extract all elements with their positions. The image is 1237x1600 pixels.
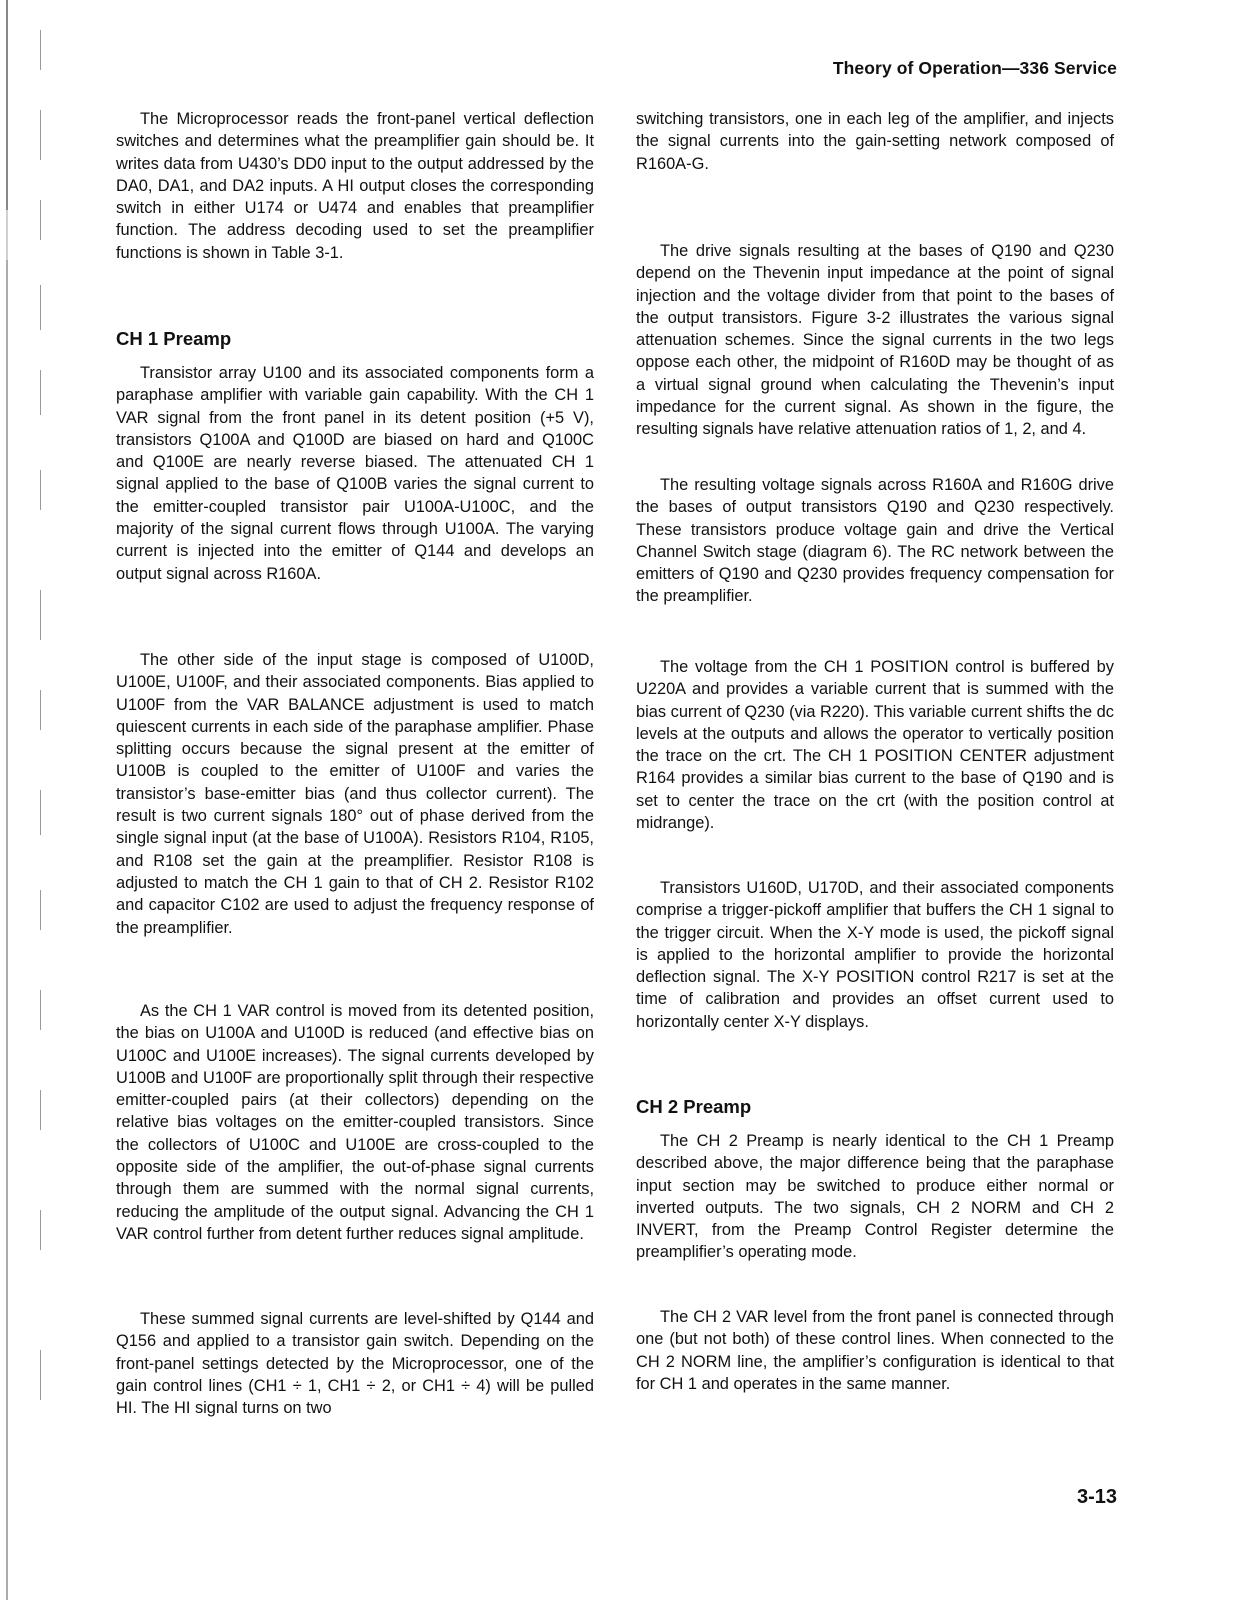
body-paragraph-continued: switching transistors, one in each leg o… [636,108,1114,175]
body-paragraph: Transistors U160D, U170D, and their asso… [636,877,1114,1033]
margin-scan-marks [40,30,46,1530]
page-number: 3-13 [1077,1486,1117,1509]
paragraph-block: The voltage from the CH 1 POSITION contr… [636,656,1114,834]
paragraph-block: Transistor array U100 and its associated… [116,362,594,585]
section-heading-block: CH 1 Preamp [116,327,594,351]
paragraph-block: As the CH 1 VAR control is moved from it… [116,1000,594,1245]
body-paragraph: The voltage from the CH 1 POSITION contr… [636,656,1114,834]
paragraph-block: Transistors U160D, U170D, and their asso… [636,877,1114,1033]
body-paragraph: The resulting voltage signals across R16… [636,474,1114,608]
paragraph-block: The drive signals resulting at the bases… [636,240,1114,441]
paragraph-block: The CH 2 Preamp is nearly identical to t… [636,1130,1114,1264]
page-binding-edge [6,0,8,1600]
body-paragraph: The other side of the input stage is com… [116,649,594,939]
section-heading-block: CH 2 Preamp [636,1095,1114,1119]
body-paragraph: The CH 2 VAR level from the front panel … [636,1306,1114,1395]
paragraph-block: The resulting voltage signals across R16… [636,474,1114,608]
intro-paragraph-block: The Microprocessor reads the front-panel… [116,108,594,264]
paragraph-block: switching transistors, one in each leg o… [636,108,1114,175]
body-paragraph: Transistor array U100 and its associated… [116,362,594,585]
paragraph-block: The other side of the input stage is com… [116,649,594,939]
body-paragraph: The CH 2 Preamp is nearly identical to t… [636,1130,1114,1264]
body-paragraph: The drive signals resulting at the bases… [636,240,1114,441]
running-head: Theory of Operation—336 Service [833,58,1117,79]
body-paragraph: As the CH 1 VAR control is moved from it… [116,1000,594,1245]
body-paragraph: The Microprocessor reads the front-panel… [116,108,594,264]
section-heading-ch1-preamp: CH 1 Preamp [116,327,594,351]
body-paragraph: These summed signal currents are level-s… [116,1308,594,1419]
paragraph-block: The CH 2 VAR level from the front panel … [636,1306,1114,1395]
paragraph-block: These summed signal currents are level-s… [116,1308,594,1419]
section-heading-ch2-preamp: CH 2 Preamp [636,1095,1114,1119]
